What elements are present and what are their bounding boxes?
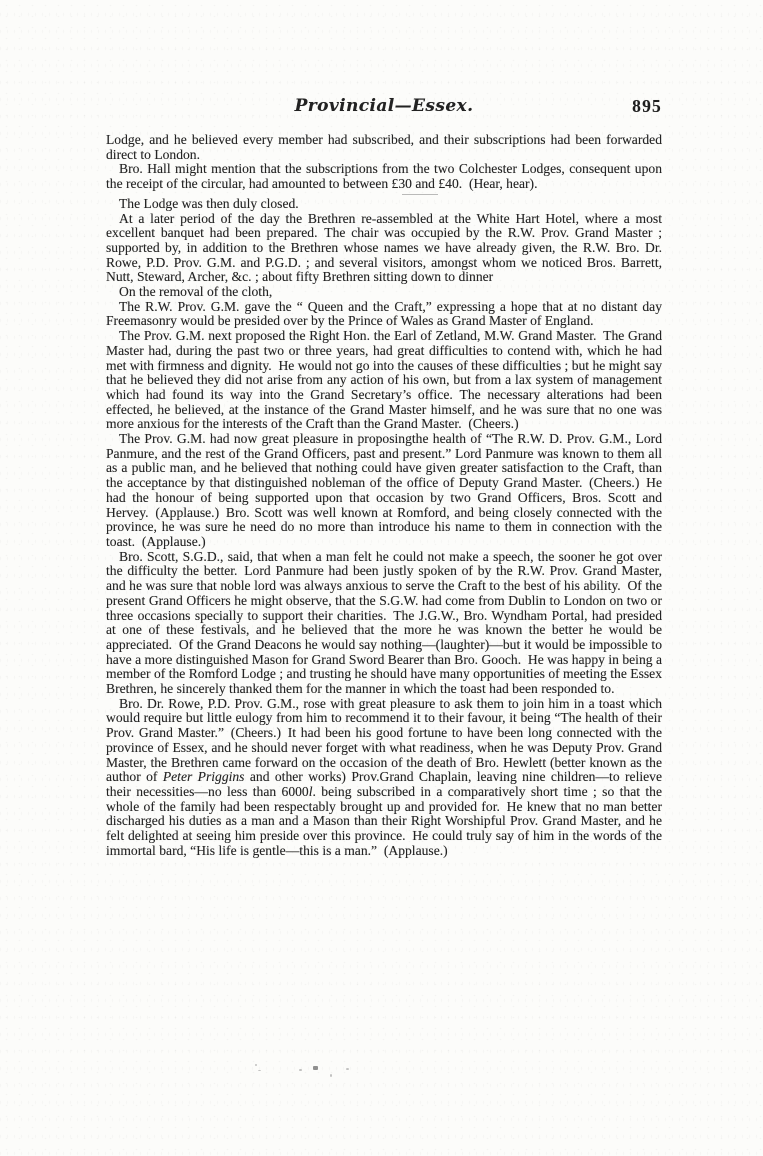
paragraph: The Lodge was then duly closed. [106, 197, 662, 212]
body-text: Bro. Scott, S.G.D., said, that when a ma… [106, 549, 662, 696]
document-page: Provincial—Essex. 895 Lodge, and he beli… [0, 0, 763, 1156]
paragraph: The Prov. G.M. had now great pleasure in… [106, 432, 662, 550]
body-text: Lodge, and he believed every member had … [106, 132, 662, 162]
body-text: The Prov. G.M. had now great pleasure in… [106, 431, 662, 549]
body-text: The Lodge was then duly closed. [119, 196, 299, 211]
page-header: Provincial—Essex. 895 [106, 96, 662, 118]
body-text: On the removal of the cloth, [119, 284, 272, 299]
page-number: 895 [632, 96, 662, 117]
paragraph: On the removal of the cloth, [106, 285, 662, 300]
paragraph: The Prov. G.M. next proposed the Right H… [106, 329, 662, 432]
body-text: The R.W. Prov. G.M. gave the “ Queen and… [106, 299, 662, 329]
body-text: At a later period of the day the Brethre… [106, 211, 662, 285]
italic-text: Peter Priggins [163, 769, 245, 784]
paragraph: Bro. Scott, S.G.D., said, that when a ma… [106, 550, 662, 697]
paragraph: Bro. Hall might mention that the subscri… [106, 162, 662, 191]
body-text: Bro. Hall might mention that the subscri… [106, 161, 662, 191]
section-separator [402, 194, 438, 195]
article-body: Lodge, and he believed every member had … [106, 133, 662, 858]
paragraph: The R.W. Prov. G.M. gave the “ Queen and… [106, 300, 662, 329]
paragraph: Bro. Dr. Rowe, P.D. Prov. G.M., rose wit… [106, 697, 662, 859]
running-title: Provincial—Essex. [106, 96, 662, 116]
paragraph: At a later period of the day the Brethre… [106, 212, 662, 286]
body-text: The Prov. G.M. next proposed the Right H… [106, 328, 662, 431]
paragraph: Lodge, and he believed every member had … [106, 133, 662, 162]
